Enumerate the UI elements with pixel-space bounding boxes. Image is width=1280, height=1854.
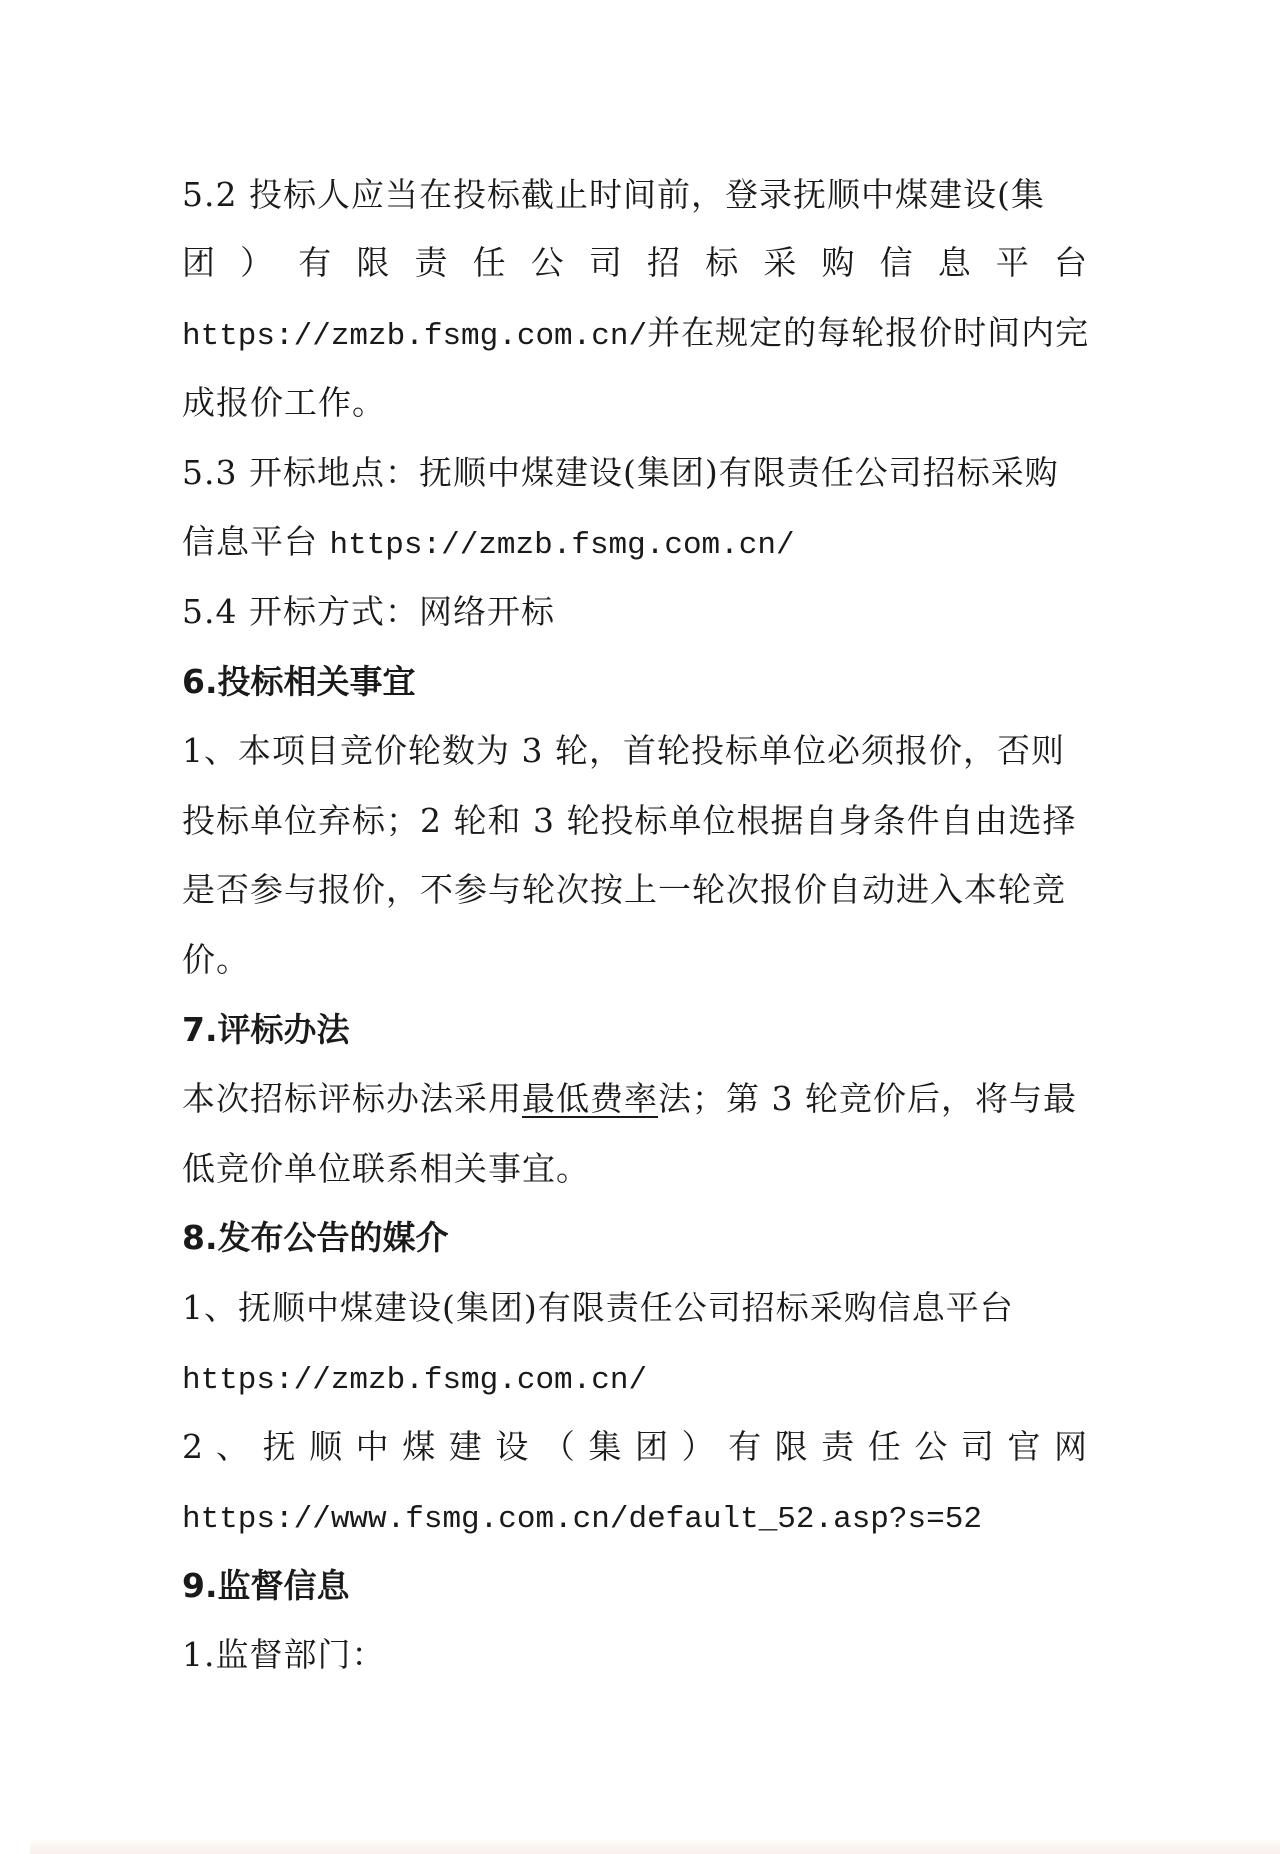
paragraph-6-item-1-line-3: 是否参与报价，不参与轮次按上一轮次报价自动进入本轮竞 [182, 868, 1088, 912]
paragraph-5-3-line-2: 信息平台 https://zmzb.fsmg.com.cn/ [182, 520, 1088, 564]
text: 并在规定的每轮报价时间内完 [647, 313, 1089, 352]
paragraph-9-item-1: 1.监督部门： [182, 1633, 1088, 1677]
paragraph-8-item-1-line-1: 1、抚顺中煤建设(集团)有限责任公司招标采购信息平台 [182, 1286, 1088, 1330]
text: 信息平台 [182, 522, 330, 561]
paragraph-5-4: 5.4 开标方式：网络开标 [182, 590, 1088, 634]
paragraph-5-2-line-1: 5.2 投标人应当在投标截止时间前，登录抚顺中煤建设(集 [182, 173, 1088, 217]
paragraph-7-line-1: 本次招标评标办法采用最低费率法；第 3 轮竞价后，将与最 [182, 1077, 1088, 1121]
text: 法；第 3 轮竞价后，将与最 [658, 1079, 1077, 1118]
platform-link[interactable]: https://zmzb.fsmg.com.cn/ [182, 319, 647, 354]
paragraph-5-2-line-3: https://zmzb.fsmg.com.cn/并在规定的每轮报价时间内完 [182, 311, 1088, 355]
paragraph-6-item-1-line-4: 价。 [182, 938, 1088, 982]
paragraph-7-line-2: 低竞价单位联系相关事宜。 [182, 1147, 1088, 1191]
paragraph-8-item-2-line-1: 2 、 抚 顺 中 煤 建 设 （ 集 团 ） 有 限 责 任 公 司 官 网 [182, 1425, 1088, 1469]
section-heading-7: 7.评标办法 [182, 1008, 1088, 1052]
paragraph-8-item-1-line-2: https://zmzb.fsmg.com.cn/ [182, 1355, 1088, 1399]
text: 本次招标评标办法采用 [182, 1079, 522, 1118]
paragraph-6-item-1-line-2: 投标单位弃标；2 轮和 3 轮投标单位根据自身条件自由选择 [182, 799, 1088, 843]
underlined-method: 最低费率 [522, 1079, 658, 1118]
paragraph-6-item-1-line-1: 1、本项目竞价轮数为 3 轮，首轮投标单位必须报价，否则 [182, 729, 1088, 773]
section-heading-8: 8.发布公告的媒介 [182, 1216, 1088, 1260]
platform-link[interactable]: https://zmzb.fsmg.com.cn/ [182, 1363, 647, 1398]
page-edge-shadow [30, 1840, 1280, 1854]
paragraph-5-3-line-1: 5.3 开标地点：抚顺中煤建设(集团)有限责任公司招标采购 [182, 451, 1088, 495]
paragraph-5-2-line-4: 成报价工作。 [182, 381, 1088, 425]
document-page: 5.2 投标人应当在投标截止时间前，登录抚顺中煤建设(集 团 ） 有 限 责 任… [0, 0, 1280, 1854]
section-heading-6: 6.投标相关事宜 [182, 660, 1088, 704]
paragraph-5-2-line-2: 团 ） 有 限 责 任 公 司 招 标 采 购 信 息 平 台 [182, 241, 1088, 285]
paragraph-8-item-2-line-2: https://www.fsmg.com.cn/default_52.asp?s… [182, 1494, 1088, 1538]
official-site-link[interactable]: https://www.fsmg.com.cn/default_52.asp?s… [182, 1502, 982, 1537]
section-heading-9: 9.监督信息 [182, 1564, 1088, 1608]
platform-link[interactable]: https://zmzb.fsmg.com.cn/ [330, 528, 795, 563]
